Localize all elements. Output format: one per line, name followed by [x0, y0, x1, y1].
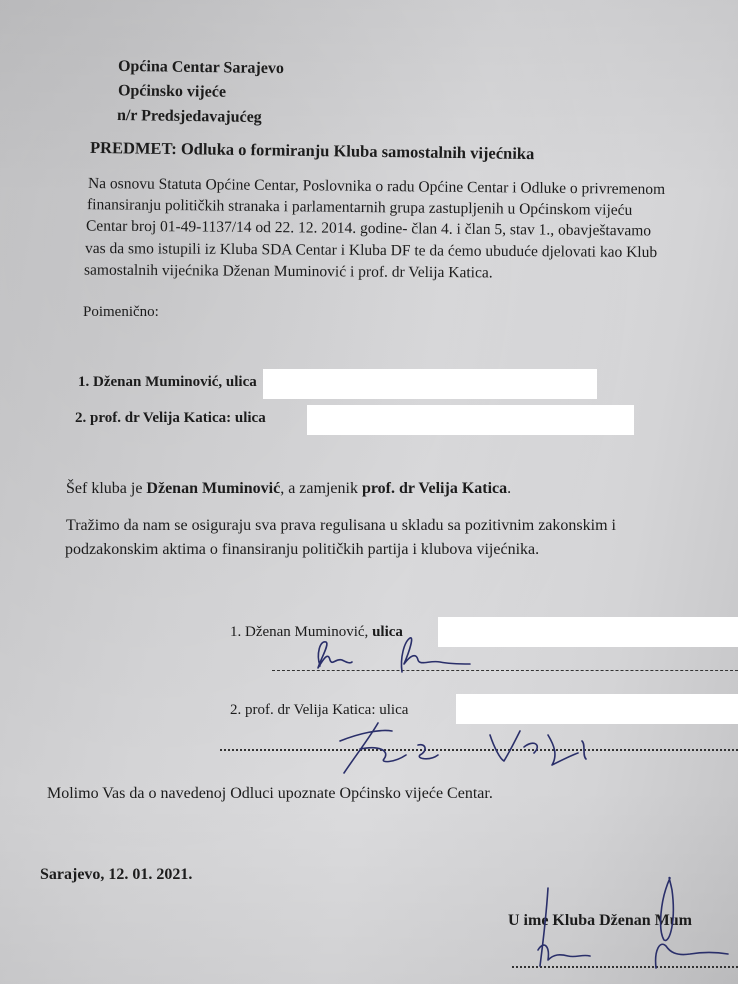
leadership-prefix: Šef kluba je — [66, 480, 146, 497]
redacted-address-member-2 — [307, 405, 634, 435]
signature-1-icon — [290, 630, 490, 680]
scanned-letter-page: Općina Centar Sarajevo Općinsko vijeće n… — [0, 0, 738, 984]
club-chief-name: Dženan Muminović — [146, 480, 280, 497]
recipient-line-1: Općina Centar Sarajevo — [118, 57, 284, 79]
member-1-label: 1. Dženan Muminović, ulica — [78, 372, 257, 392]
redacted-address-member-1 — [263, 369, 597, 399]
intro-line-5: samostalnih vijećnika Dženan Muminović i… — [84, 261, 493, 283]
place-and-date: Sarajevo, 12. 01. 2021. — [40, 865, 192, 885]
intro-line-4: vas da smo istupili iz Kluba SDA Centar … — [85, 239, 657, 262]
closing-sentence: Molimo Vas da o navedenoj Odluci upoznat… — [47, 784, 493, 804]
subject-line: PREDMET: Odluka o formiranju Kluba samos… — [90, 138, 535, 164]
request-line-1: Tražimo da nam se osiguraju sva prava re… — [66, 516, 616, 536]
signature-2-icon — [320, 715, 640, 785]
club-deputy-name: prof. dr Velija Katica — [362, 480, 507, 497]
request-line-2: podzakonskim aktima o finansiranju polit… — [65, 540, 539, 560]
recipient-line-3: n/r Predsjedavajućeg — [117, 106, 262, 128]
leadership-suffix: . — [507, 480, 511, 497]
leadership-sentence: Šef kluba je Dženan Muminović, a zamjeni… — [66, 479, 511, 499]
recipient-line-2: Općinsko vijeće — [118, 81, 226, 103]
member-2-label: 2. prof. dr Velija Katica: ulica — [75, 408, 266, 428]
intro-line-3: Centar broj 01-49-1137/14 od 22. 12. 201… — [86, 217, 651, 241]
leadership-middle: , a zamjenik — [280, 480, 362, 497]
final-signature-icon — [520, 870, 738, 980]
members-label: Poimenično: — [83, 302, 159, 322]
